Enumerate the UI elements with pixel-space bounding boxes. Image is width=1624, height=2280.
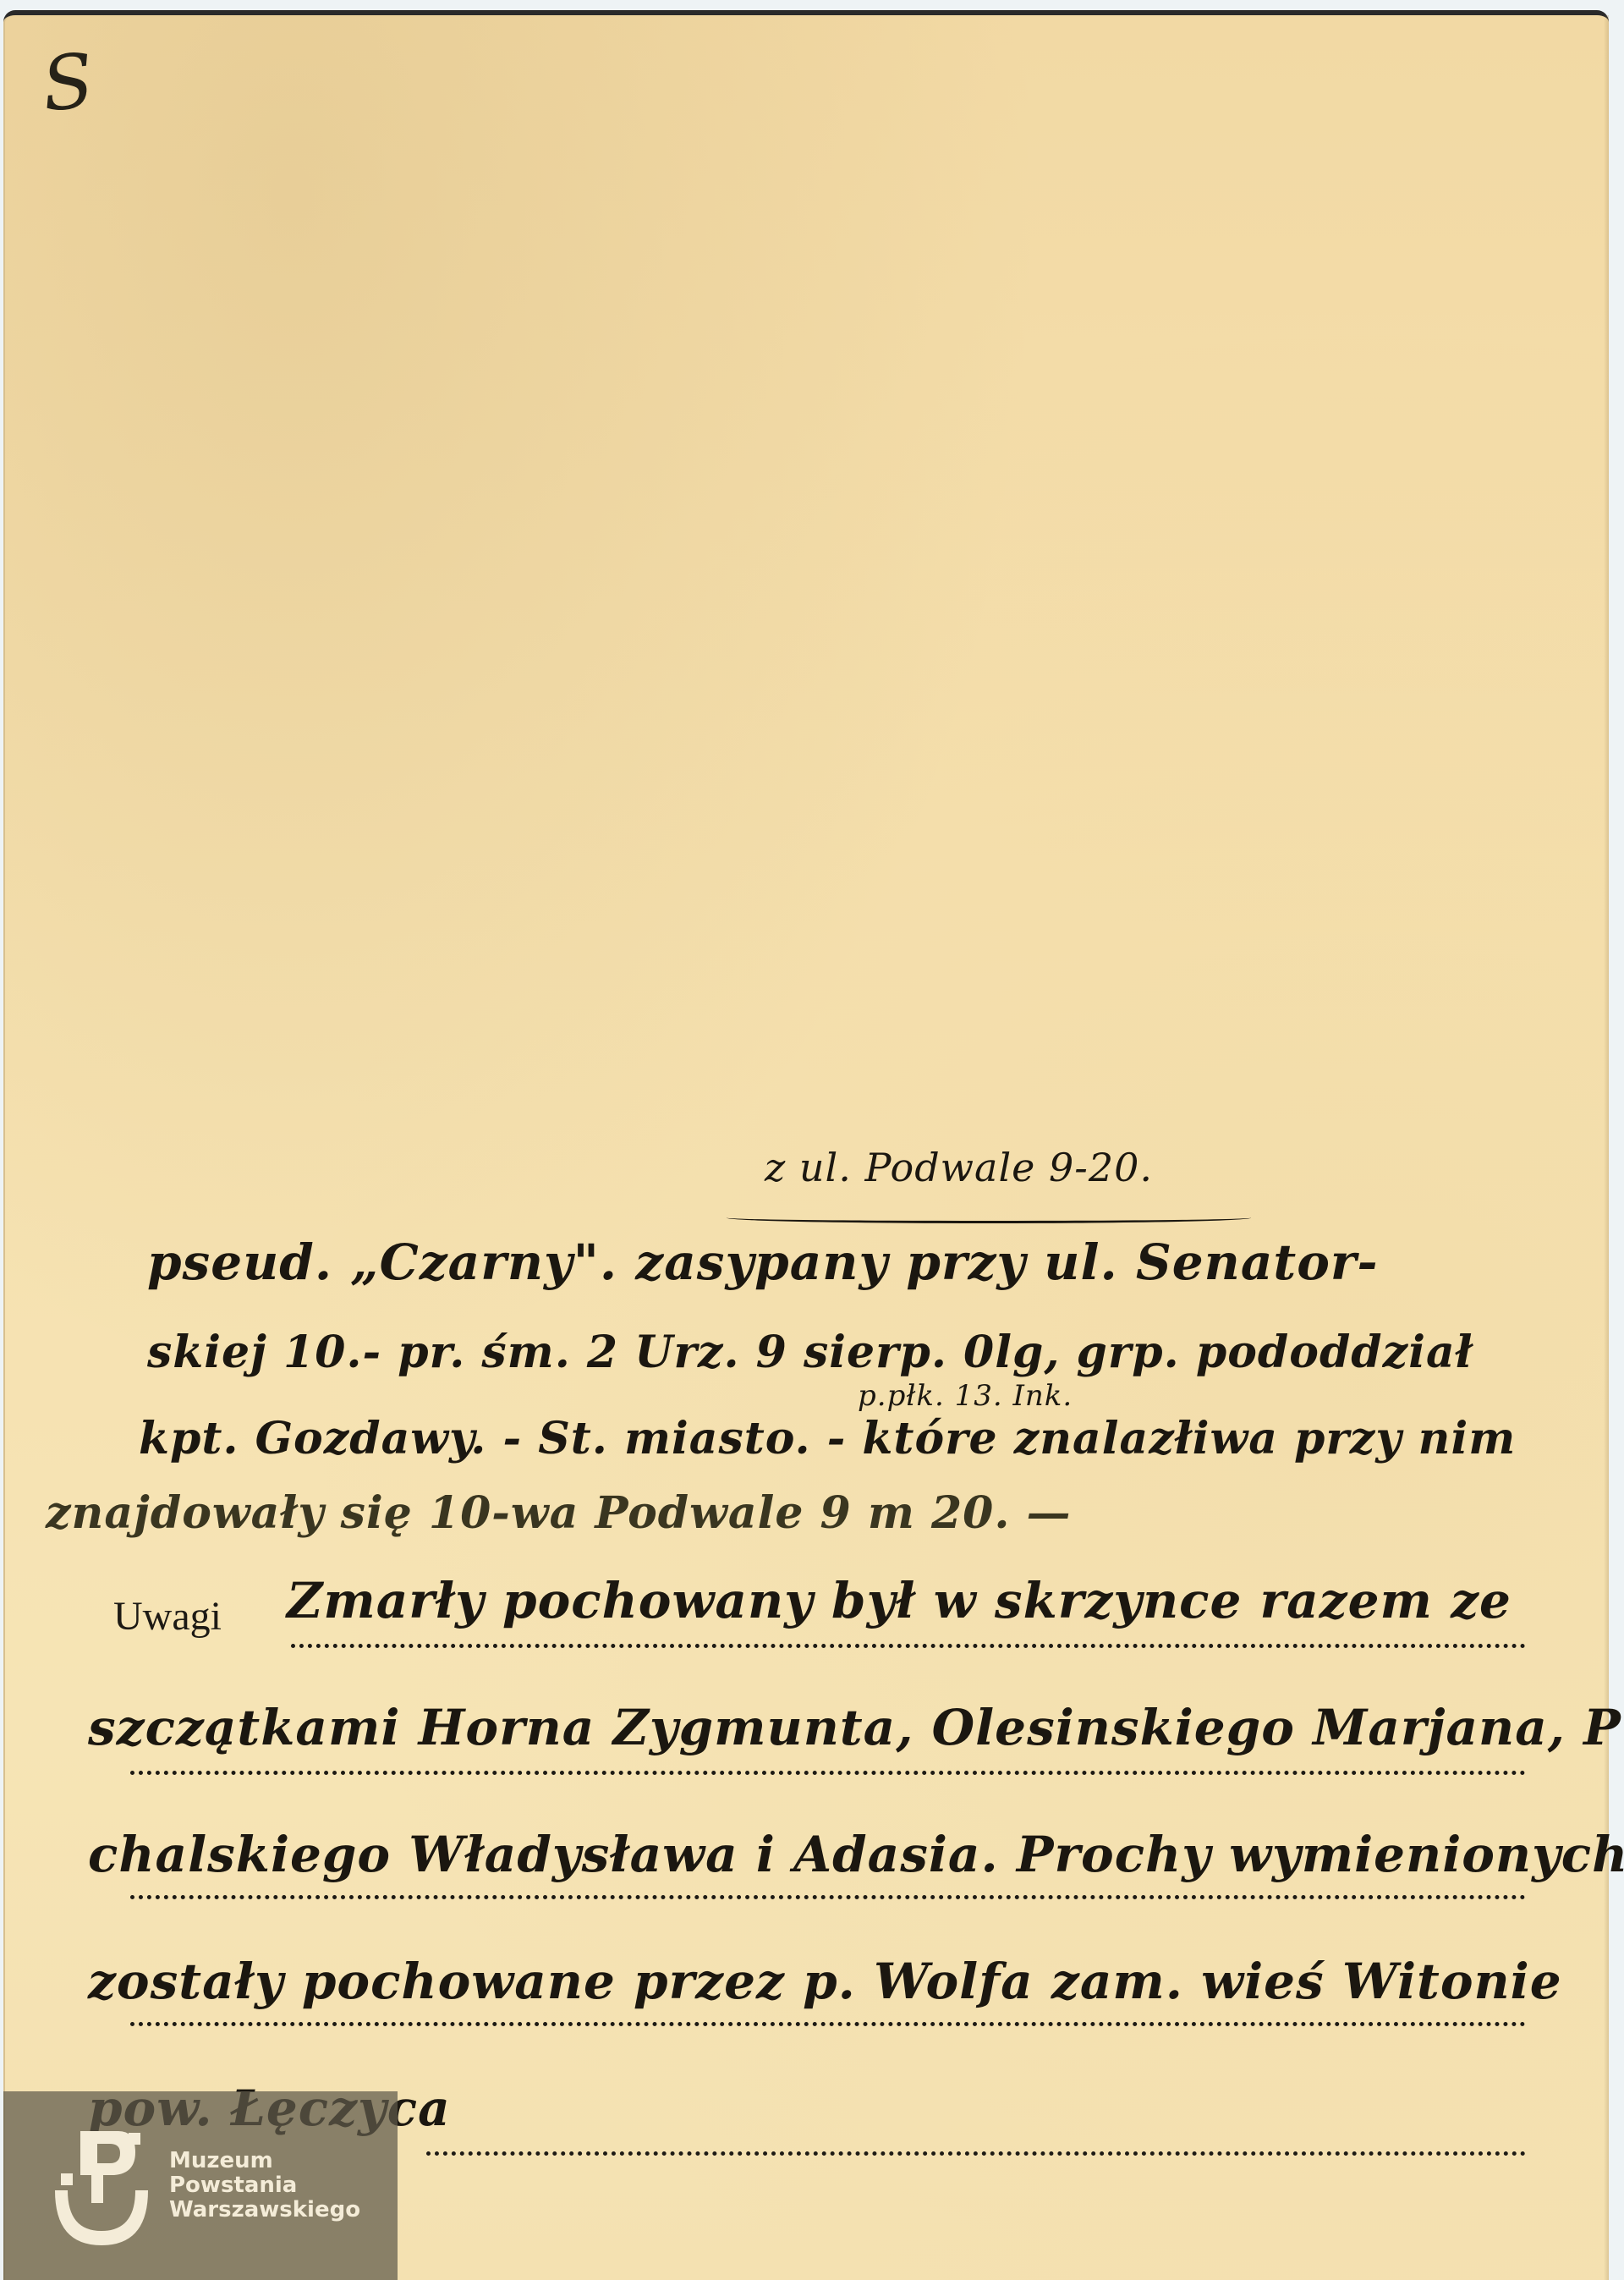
remarks-line-3: chalskiego Władysława i Adasia. Prochy w…: [88, 1826, 1624, 1883]
remarks-line-4: zostały pochowane przez p. Wolfa zam. wi…: [88, 1953, 1562, 2010]
archival-card: S z ul. Podwale 9-20. pseud. „Czarny". z…: [3, 10, 1609, 2280]
dotted-rule-4: [130, 2022, 1526, 2026]
handwritten-line-3: kpt. Gozdawy. - St. miasto. - które znal…: [139, 1413, 1516, 1464]
museum-name-line-2: Powstania: [169, 2173, 360, 2198]
dotted-rule-1: [291, 1644, 1526, 1648]
handwritten-line-2: skiej 10.- pr. śm. 2 Urz. 9 sierp. 0lg, …: [147, 1327, 1473, 1378]
handwritten-line-1: pseud. „Czarny". zasypany przy ul. Senat…: [147, 1233, 1379, 1291]
handwritten-superscript: p.płk. 13. Ink.: [858, 1379, 1073, 1413]
remarks-label: Uwagi: [113, 1593, 222, 1640]
museum-watermark: Muzeum Powstania Warszawskiego: [3, 2091, 398, 2280]
museum-name: Muzeum Powstania Warszawskiego: [169, 2149, 360, 2222]
dotted-rule-5: [426, 2151, 1526, 2156]
card-edge: [1604, 15, 1609, 2280]
museum-name-line-3: Warszawskiego: [169, 2198, 360, 2222]
remarks-line-2: szczątkami Horna Zygmunta, Olesinskiego …: [88, 1699, 1624, 1756]
kotwica-anchor-icon: [51, 2123, 152, 2250]
dotted-rule-3: [130, 1895, 1526, 1899]
corner-mark: S: [38, 36, 99, 129]
insertion-underline: [727, 1212, 1251, 1223]
address-insertion: z ul. Podwale 9-20.: [765, 1145, 1153, 1190]
handwritten-line-4: znajdowały się 10-wa Podwale 9 m 20. —: [46, 1487, 1072, 1539]
dotted-rule-2: [130, 1771, 1526, 1775]
museum-name-line-1: Muzeum: [169, 2149, 360, 2173]
remarks-line-1: Zmarły pochowany był w skrzynce razem ze: [287, 1572, 1512, 1629]
